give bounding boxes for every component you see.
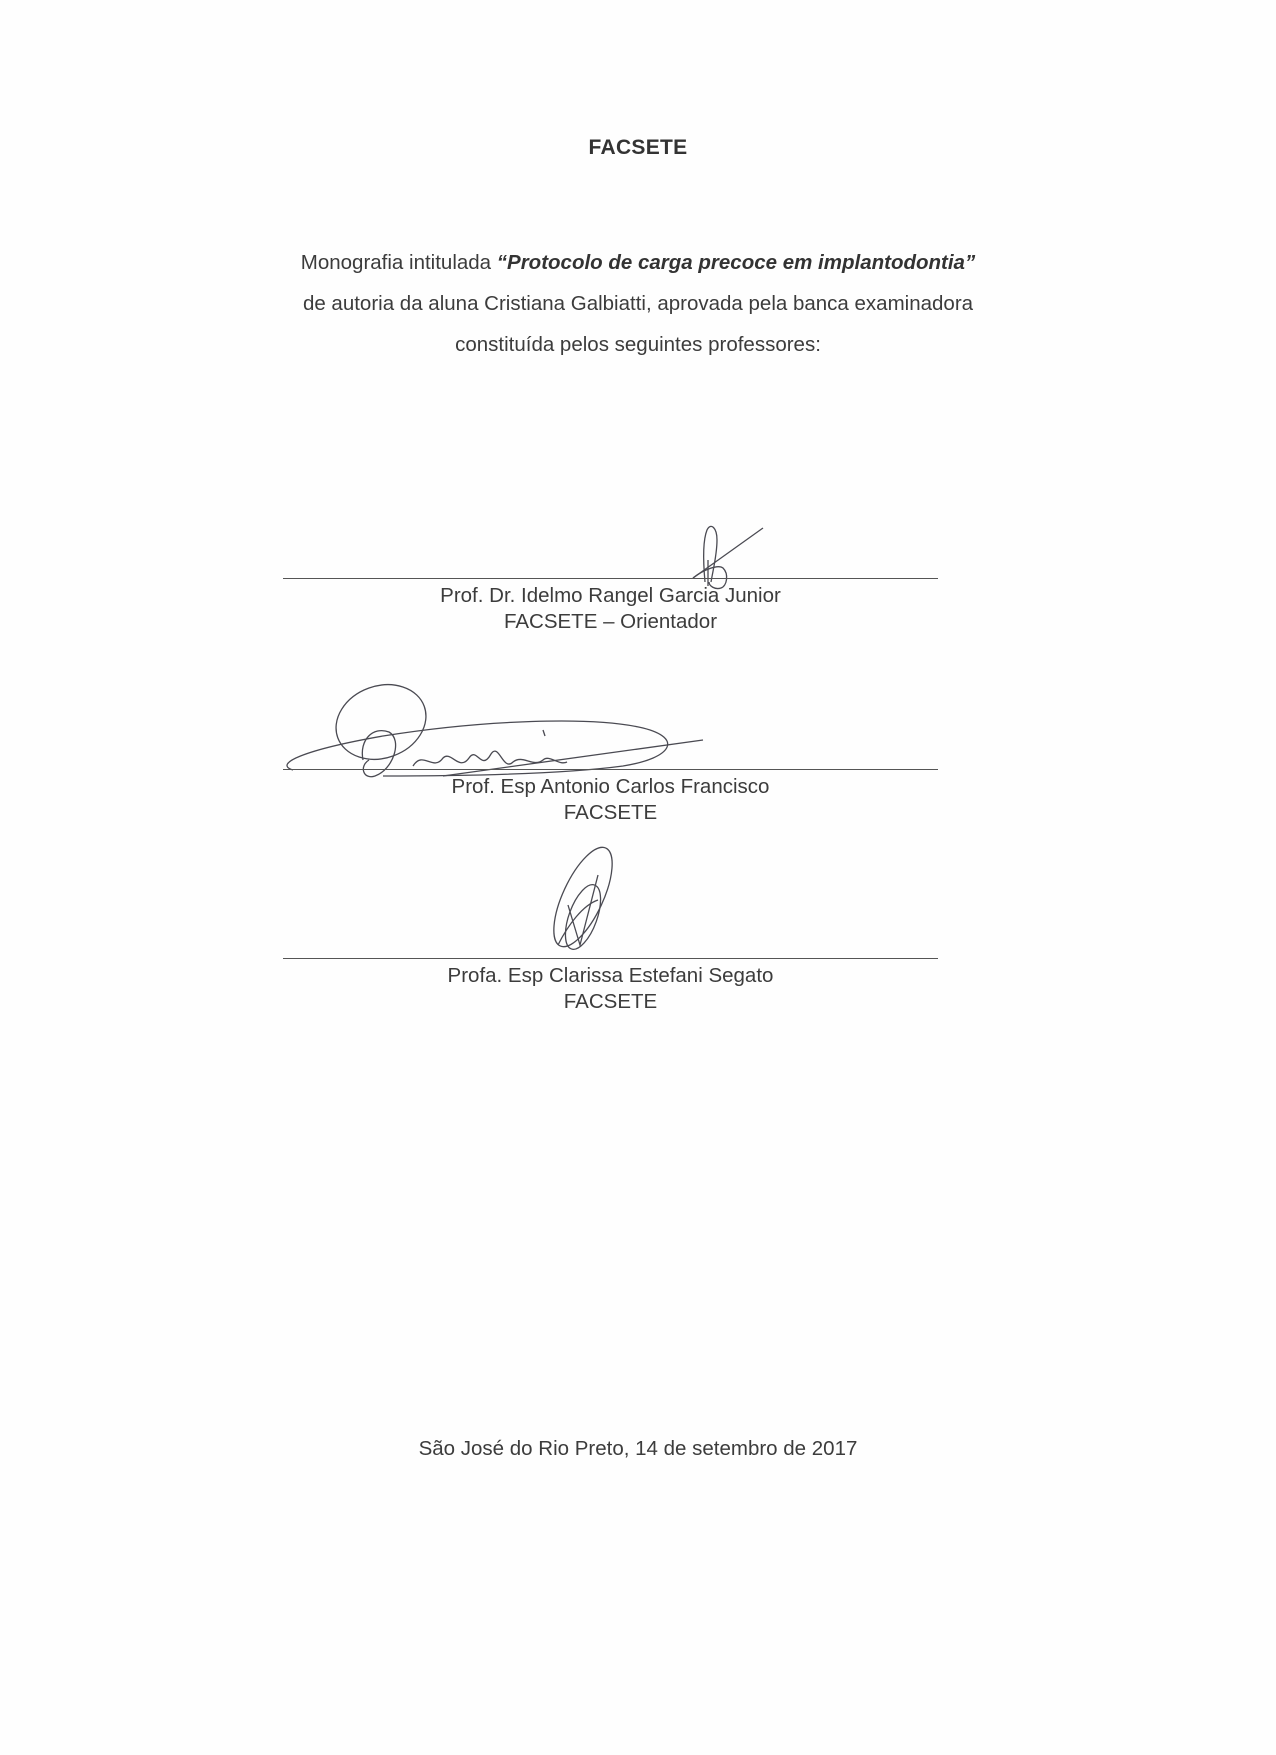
examiner-block: Profa. Esp Clarissa Estefani Segato FACS… [283, 845, 938, 1015]
approval-line-1: Monografia intitulada “Protocolo de carg… [0, 242, 1276, 283]
examiner-affiliation: FACSETE – Orientador [283, 610, 938, 634]
approval-statement: Monografia intitulada “Protocolo de carg… [0, 242, 1276, 365]
examiner-block: Prof. Esp Antonio Carlos Francisco FACSE… [283, 680, 938, 830]
signature-3 [528, 845, 648, 955]
approval-line-2: de autoria da aluna Cristiana Galbiatti,… [0, 283, 1276, 324]
place-and-date: São José do Rio Preto, 14 de setembro de… [0, 1437, 1276, 1461]
approval-prefix: Monografia intitulada [301, 251, 497, 274]
approval-line-3: constituída pelos seguintes professores: [0, 324, 1276, 365]
signature-line [283, 578, 938, 579]
institution-heading: FACSETE [0, 136, 1276, 160]
examiner-block: Prof. Dr. Idelmo Rangel Garcia Junior FA… [283, 520, 938, 640]
examiner-affiliation: FACSETE [283, 990, 938, 1014]
examiner-affiliation: FACSETE [283, 801, 938, 825]
examiner-name: Profa. Esp Clarissa Estefani Segato [283, 964, 938, 988]
signature-2 [263, 680, 783, 790]
examiner-name: Prof. Esp Antonio Carlos Francisco [283, 775, 938, 799]
monograph-title: “Protocolo de carga precoce em implantod… [497, 251, 975, 274]
document-page: FACSETE Monografia intitulada “Protocolo… [0, 0, 1276, 1755]
signature-line [283, 769, 938, 770]
signature-line [283, 958, 938, 959]
examiner-name: Prof. Dr. Idelmo Rangel Garcia Junior [283, 584, 938, 608]
